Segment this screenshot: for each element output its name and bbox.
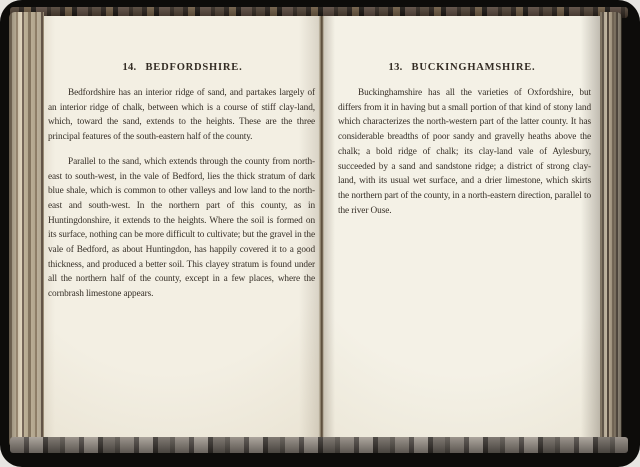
- left-page-paragraph-2: Parallel to the sand, which extends thro…: [48, 155, 315, 302]
- right-page-paragraph-1: Buckinghamshire has all the varieties of…: [338, 86, 591, 218]
- right-page-header: 13.BUCKINGHAMSHIRE.: [324, 62, 600, 73]
- left-page-stack-edge: [9, 12, 44, 448]
- left-page: 14.BEDFORDSHIRE. Bedfordshire has an int…: [44, 16, 321, 439]
- left-page-paragraph-1: Bedfordshire has an interior ridge of sa…: [48, 86, 315, 145]
- left-page-chapter-title: BEDFORDSHIRE.: [145, 62, 242, 73]
- left-page-chapter-number: 14.: [122, 62, 136, 73]
- right-page: 13.BUCKINGHAMSHIRE. Buckinghamshire has …: [324, 16, 600, 439]
- book-photo: 14.BEDFORDSHIRE. Bedfordshire has an int…: [0, 0, 640, 467]
- right-page-stack-edge: [600, 12, 622, 450]
- book-bottom-page-edges: [10, 437, 628, 453]
- right-page-chapter-title: BUCKINGHAMSHIRE.: [412, 62, 536, 73]
- left-page-header: 14.BEDFORDSHIRE.: [44, 62, 321, 73]
- right-page-chapter-number: 13.: [389, 62, 403, 73]
